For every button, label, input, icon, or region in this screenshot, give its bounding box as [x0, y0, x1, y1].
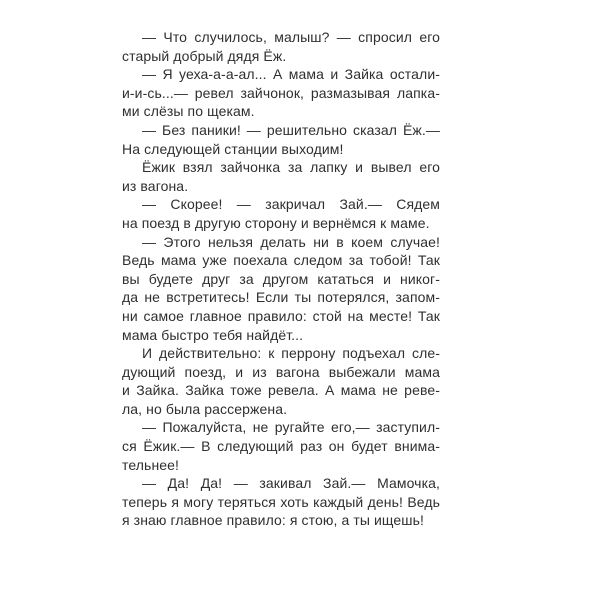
- story-line: На следующей станции выходим!: [122, 140, 440, 159]
- story-line: — Пожалуйста, не ругайте его,— заступил-: [122, 418, 440, 437]
- story-line: Ведь мама уже поехала следом за тобой! Т…: [122, 251, 440, 270]
- story-line: ла, но была рассержена.: [122, 400, 440, 419]
- paragraph: И действительно: к перрону подъехал сле-…: [122, 344, 440, 418]
- book-page: — Что случилось, малыш? — спросил егоста…: [0, 0, 600, 600]
- story-line: ся Ёжик.— В следующий раз он будет внима…: [122, 437, 440, 456]
- story-line: — Я уеха-а-а-ал... А мама и Зайка остали…: [122, 65, 440, 84]
- paragraph: — Без паники! — решительно сказал Ёж.—На…: [122, 121, 440, 158]
- story-line: мама быстро тебя найдёт...: [122, 326, 440, 345]
- story-line: и-и-сь...— ревел зайчонок, размазывая ла…: [122, 84, 440, 103]
- story-line: ми слёзы по щекам.: [122, 102, 440, 121]
- paragraph: — Этого нельзя делать ни в коем случае!В…: [122, 233, 440, 345]
- story-line: — Этого нельзя делать ни в коем случае!: [122, 233, 440, 252]
- story-line: Ёжик взял зайчонка за лапку и вывел его: [122, 158, 440, 177]
- story-line: — Да! Да! — закивал Зай.— Мамочка,: [122, 474, 440, 493]
- story-line: — Что случилось, малыш? — спросил его: [122, 28, 440, 47]
- story-line: я знаю главное правило: я стою, а ты ище…: [122, 511, 440, 530]
- paragraph: — Скорее! — закричал Зай.— Сядемна поезд…: [122, 195, 440, 232]
- story-line: — Без паники! — решительно сказал Ёж.—: [122, 121, 440, 140]
- paragraph: — Пожалуйста, не ругайте его,— заступил-…: [122, 418, 440, 474]
- paragraph: Ёжик взял зайчонка за лапку и вывел егои…: [122, 158, 440, 195]
- story-line: и Зайка. Зайка тоже ревела. А мама не ре…: [122, 381, 440, 400]
- story-line: на поезд в другую сторону и вернёмся к м…: [122, 214, 440, 233]
- story-line: да не встретитесь! Если ты потерялся, за…: [122, 288, 440, 307]
- story-line: старый добрый дядя Ёж.: [122, 47, 440, 66]
- story-line: тельнее!: [122, 456, 440, 475]
- paragraph: — Я уеха-а-а-ал... А мама и Зайка остали…: [122, 65, 440, 121]
- paragraph: — Что случилось, малыш? — спросил егоста…: [122, 28, 440, 65]
- story-line: ни самое главное правило: стой на месте!…: [122, 307, 440, 326]
- story-line: теперь я могу теряться хоть каждый день!…: [122, 493, 440, 512]
- story-line: вы будете друг за другом кататься и нико…: [122, 270, 440, 289]
- story-text-block: — Что случилось, малыш? — спросил егоста…: [122, 28, 440, 530]
- story-line: — Скорее! — закричал Зай.— Сядем: [122, 195, 440, 214]
- paragraph: — Да! Да! — закивал Зай.— Мамочка,теперь…: [122, 474, 440, 530]
- story-line: из вагона.: [122, 177, 440, 196]
- story-line: И действительно: к перрону подъехал сле-: [122, 344, 440, 363]
- story-line: дующий поезд, и из вагона выбежали мама: [122, 363, 440, 382]
